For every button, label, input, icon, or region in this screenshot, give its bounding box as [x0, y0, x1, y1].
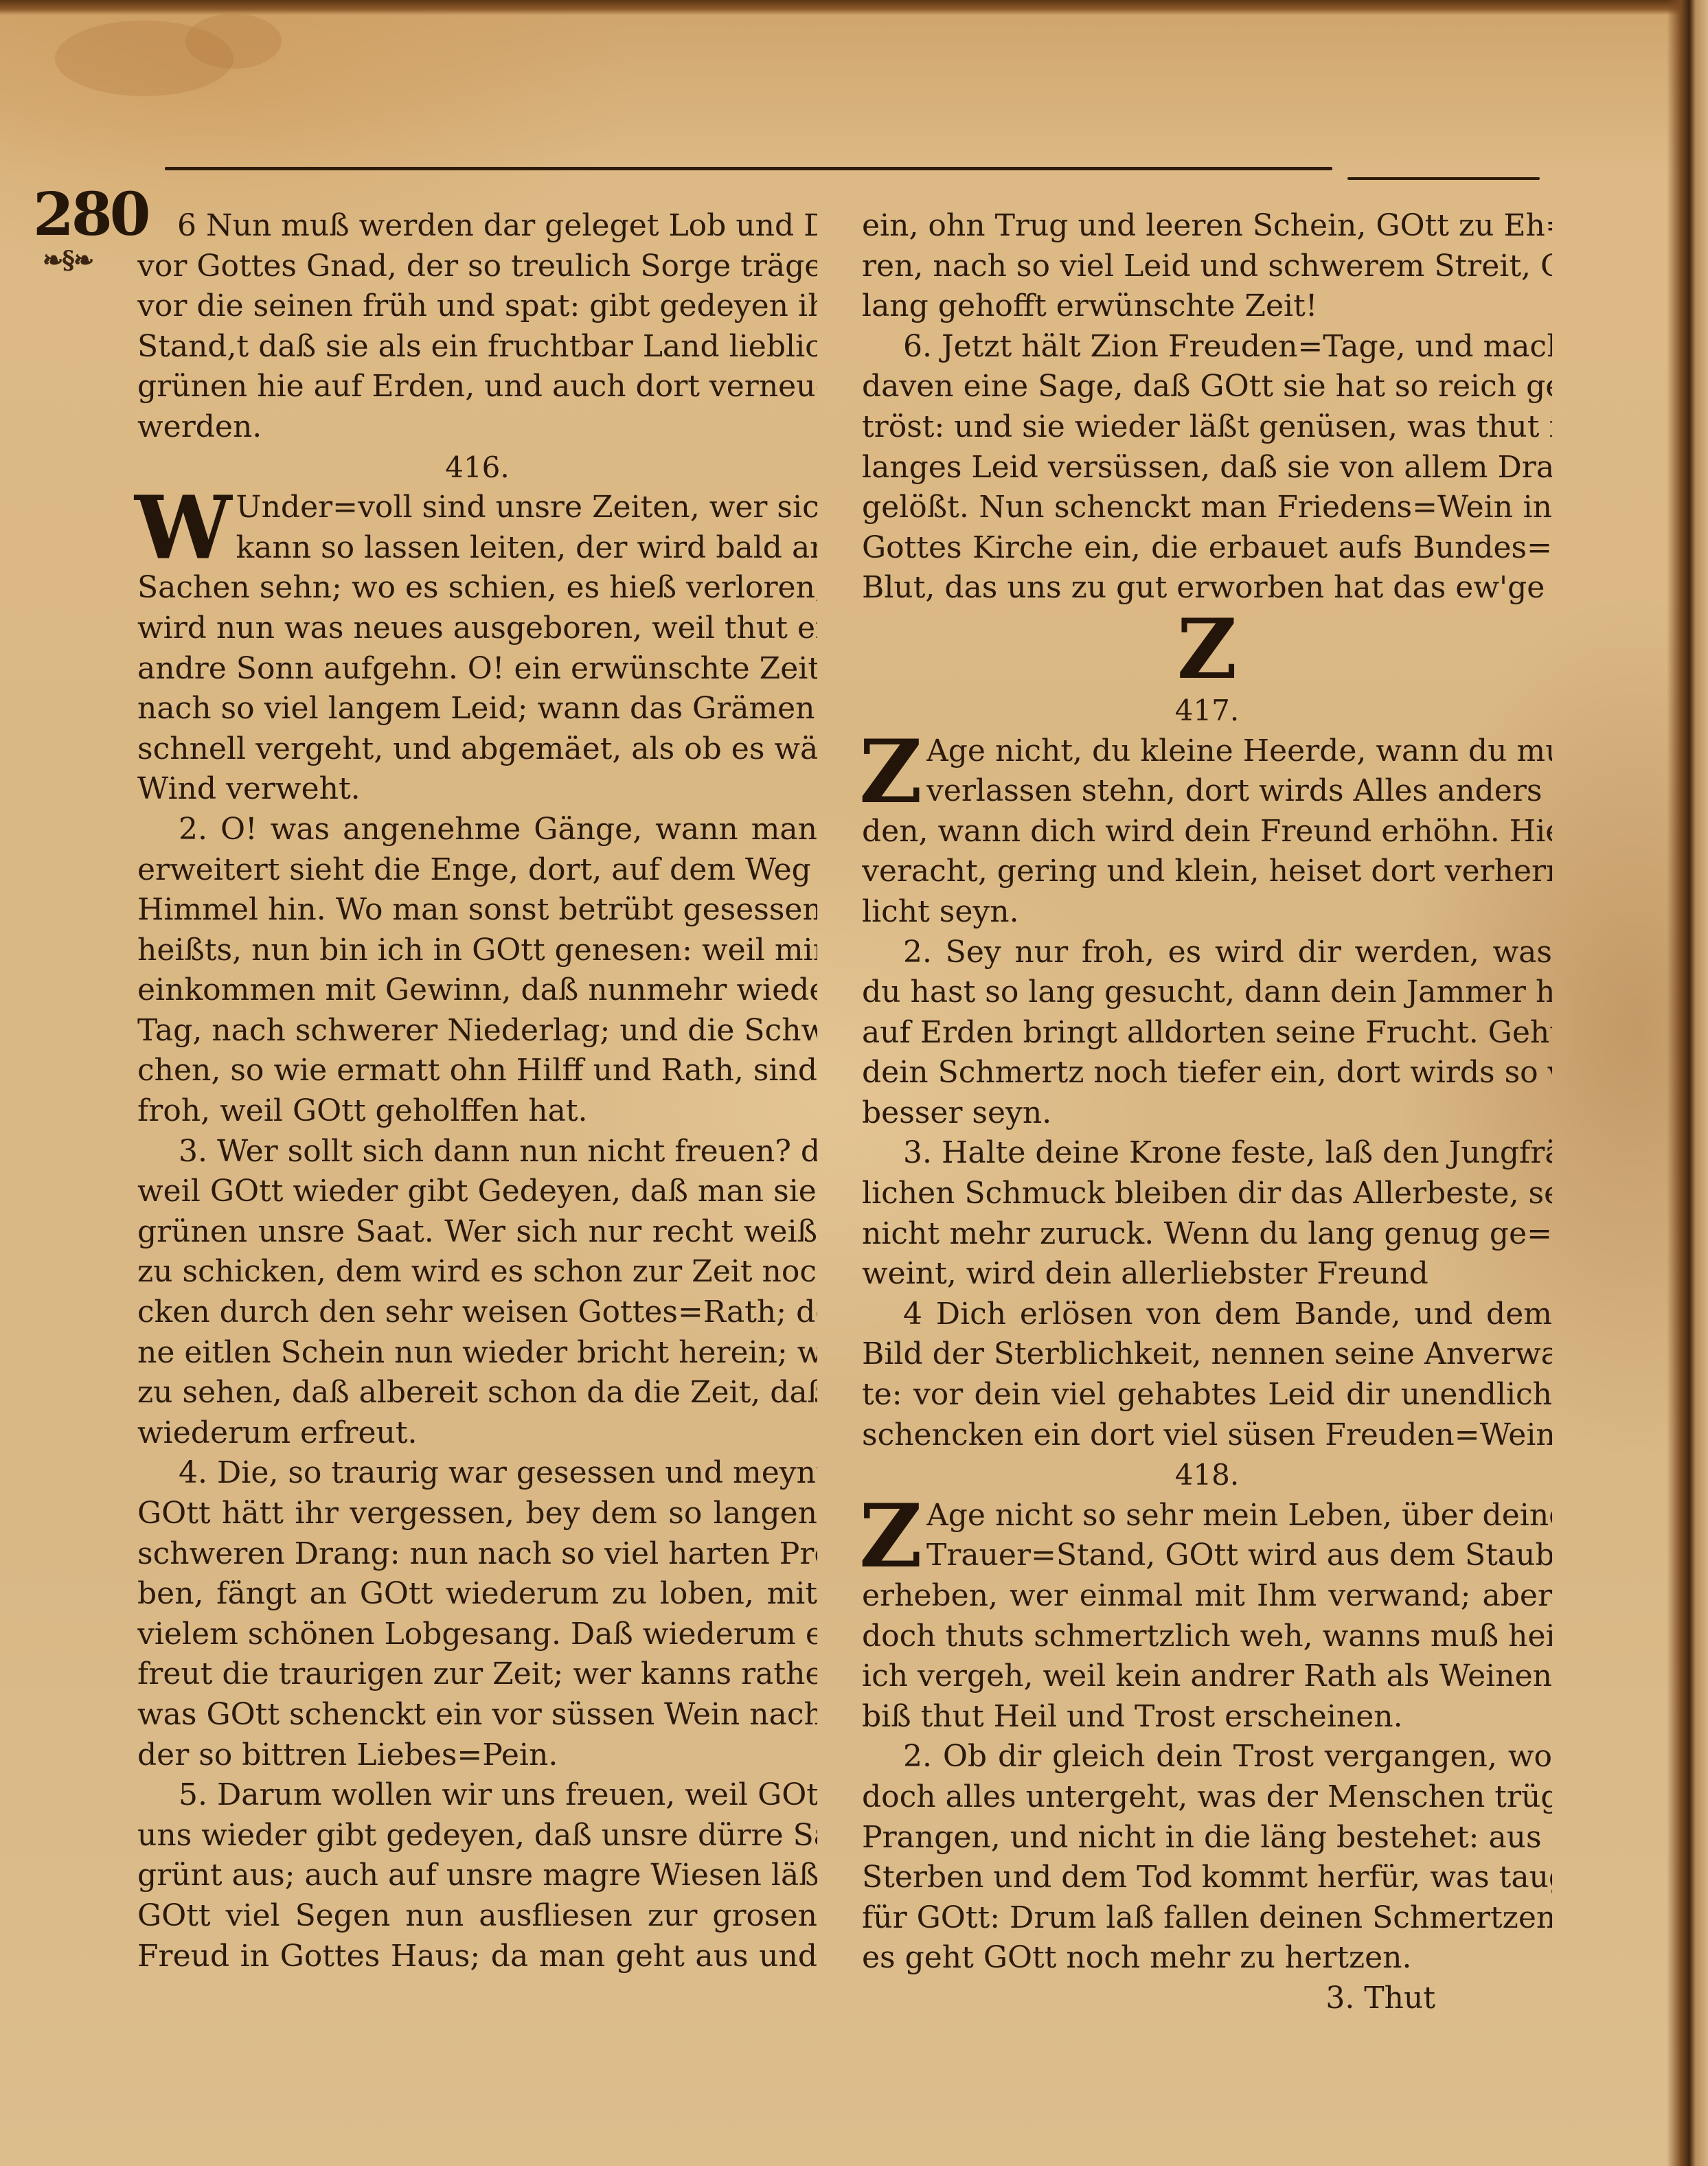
- text-line: zu sehen, daß albereit schon da die Zeit…: [137, 1373, 817, 1413]
- text-line: lang gehofft erwünschte Zeit!: [862, 286, 1552, 327]
- text-line: vor die seinen früh und spat: gibt gedey…: [137, 286, 817, 327]
- header-rule-right-segment: [1347, 177, 1540, 180]
- text-line: cken durch den sehr weisen Gottes=Rath; …: [137, 1292, 817, 1333]
- text-line: freut die traurigen zur Zeit; wer kanns …: [137, 1654, 817, 1695]
- water-stain: [185, 14, 282, 69]
- hymn-416-verse-2: 2. O! was angenehme Gänge, wann man erwe…: [137, 810, 817, 1132]
- text-line: langes Leid versüssen, daß sie von allem…: [862, 448, 1552, 488]
- text-line: grünen unsre Saat. Wer sich nur recht we…: [137, 1212, 817, 1253]
- text-line: Age nicht, du kleine Heerde, wann du mus…: [926, 731, 1552, 772]
- text-line: 6. Jetzt hält Zion Freuden=Tage, und mac…: [862, 327, 1552, 367]
- text-line: 2. Ob dir gleich dein Trost vergangen, w…: [862, 1737, 1552, 1777]
- drop-cap: Z: [859, 734, 922, 811]
- text-line: ben, fängt an GOtt wiederum zu loben, mi…: [137, 1574, 817, 1615]
- text-line: Trauer=Stand, GOtt wird aus dem Staub: [926, 1536, 1552, 1576]
- hymn-416-verse-5: 5. Darum wollen wir uns freuen, weil GOt…: [137, 1775, 817, 1976]
- hymn-418-verse-2: 2. Ob dir gleich dein Trost vergangen, w…: [862, 1737, 1552, 1979]
- drop-cap: W: [135, 490, 232, 567]
- hymn-418-verse-1: Z Age nicht so sehr mein Leben, über dei…: [862, 1496, 1552, 1737]
- catchword: 3. Thut: [862, 1979, 1552, 2019]
- text-line: Tag, nach schwerer Niederlag; und die Sc…: [137, 1011, 817, 1051]
- text-line: den, wann dich wird dein Freund erhöhn. …: [862, 812, 1552, 852]
- text-line: 6 Nun muß werden dar geleget Lob und Dan…: [137, 206, 817, 247]
- hymn-417-verse-4: 4 Dich erlösen von dem Bande, und dem Bi…: [862, 1295, 1552, 1455]
- text-line: heißts, nun bin ich in GOtt genesen: wei…: [137, 931, 817, 971]
- text-line: nach so viel langem Leid; wann das Gräme…: [137, 689, 817, 729]
- right-column: ein, ohn Trug und leeren Schein, GOtt zu…: [862, 206, 1552, 2019]
- text-line: froh, weil GOtt geholffen hat.: [137, 1091, 817, 1132]
- hymn-416-verse-4: 4. Die, so traurig war gesessen und meyn…: [137, 1453, 817, 1775]
- text-line: GOtt viel Segen nun ausfliesen zur grose…: [137, 1896, 817, 1937]
- text-line: Stand,t daß sie als ein fruchtbar Land l…: [137, 327, 817, 367]
- text-line: 2. Sey nur froh, es wird dir werden, was: [862, 933, 1552, 973]
- hymn-416-verse-1: W Under=voll sind unsre Zeiten, wer sich…: [137, 488, 817, 810]
- text-line: Age nicht so sehr mein Leben, über deine…: [926, 1496, 1552, 1536]
- printer-ornament: ❧§❧: [43, 246, 93, 275]
- drop-cap: Z: [859, 1498, 922, 1575]
- text-line: grünt aus; auch auf unsre magre Wiesen l…: [137, 1856, 817, 1896]
- text-line: ich vergeh, weil kein andrer Rath als We…: [862, 1656, 1552, 1697]
- text-line: schencken ein dort viel süsen Freuden=We…: [862, 1415, 1552, 1456]
- text-line: Wind verweht.: [137, 769, 817, 810]
- hymn-417-verse-3: 3. Halte deine Krone feste, laß den Jung…: [862, 1133, 1552, 1294]
- text-line: grünen hie auf Erden, und auch dort vern…: [137, 367, 817, 407]
- text-line: Sterben und dem Tod kommt herfür, was ta…: [862, 1858, 1552, 1898]
- text-line: 4. Die, so traurig war gesessen und meyn…: [137, 1453, 817, 1494]
- text-line: doch alles untergeht, was der Menschen t…: [862, 1777, 1552, 1818]
- text-line: andre Sonn aufgehn. O! ein erwünschte Ze…: [137, 649, 817, 689]
- text-line: biß thut Heil und Trost erscheinen.: [862, 1697, 1552, 1737]
- text-line: es geht GOtt noch mehr zu hertzen.: [862, 1938, 1552, 1979]
- text-line: veracht, gering und klein, heiset dort v…: [862, 852, 1552, 892]
- text-line: du hast so lang gesucht, dann dein Jamme…: [862, 972, 1552, 1013]
- continuation-verse: 6 Nun muß werden dar geleget Lob und Dan…: [137, 206, 817, 448]
- text-line: ne eitlen Schein nun wieder bricht herei…: [137, 1333, 817, 1373]
- text-line: erheben, wer einmal mit Ihm verwand; abe…: [862, 1576, 1552, 1617]
- text-line: te: vor dein viel gehabtes Leid dir unen…: [862, 1375, 1552, 1415]
- text-line: zu schicken, dem wird es schon zur Zeit …: [137, 1252, 817, 1292]
- book-spine-edge: [1667, 0, 1708, 2166]
- header-rule-left: [165, 167, 1332, 170]
- hymn-number-416: 416.: [137, 448, 817, 488]
- text-line: Gottes Kirche ein, die erbauet aufs Bund…: [862, 528, 1552, 569]
- text-line: wiederum erfreut.: [137, 1413, 817, 1454]
- text-line: einkommen mit Gewinn, daß nunmehr wieder: [137, 970, 817, 1011]
- text-line: ren, nach so viel Leid und schwerem Stre…: [862, 247, 1552, 287]
- text-line: vor Gottes Gnad, der so treulich Sorge t…: [137, 247, 817, 287]
- text-line: was GOtt schenckt ein vor süssen Wein na…: [137, 1695, 817, 1735]
- text-line: daven eine Sage, daß GOtt sie hat so rei…: [862, 367, 1552, 407]
- text-line: lichen Schmuck bleiben dir das Allerbest…: [862, 1174, 1552, 1214]
- text-line: kann so lassen leiten, der wird bald and…: [236, 528, 817, 569]
- text-line: schnell vergeht, und abgemäet, als ob es…: [137, 729, 817, 770]
- text-line: Sachen sehn; wo es schien, es hieß verlo…: [137, 568, 817, 608]
- text-line: Prangen, und nicht in die läng bestehet:…: [862, 1818, 1552, 1858]
- text-line: Freud in Gottes Haus; da man geht aus un…: [137, 1937, 817, 1977]
- hymn-416-verse-5-continued: ein, ohn Trug und leeren Schein, GOtt zu…: [862, 206, 1552, 327]
- hymn-416-verse-6: 6. Jetzt hält Zion Freuden=Tage, und mac…: [862, 327, 1552, 608]
- text-line: auf Erden bringt alldorten seine Frucht.…: [862, 1013, 1552, 1053]
- text-line: licht seyn.: [862, 892, 1552, 933]
- text-line: schweren Drang: nun nach so viel harten …: [137, 1534, 817, 1575]
- text-line: 2. O! was angenehme Gänge, wann man: [137, 810, 817, 850]
- text-line: weil GOtt wieder gibt Gedeyen, daß man s…: [137, 1172, 817, 1212]
- text-line: nicht mehr zuruck. Wenn du lang genug ge…: [862, 1214, 1552, 1255]
- text-line: vielem schönen Lobgesang. Daß wiederum e…: [137, 1615, 817, 1655]
- page-top-edge: [0, 0, 1708, 15]
- text-line: GOtt hätt ihr vergessen, bey dem so lang…: [137, 1494, 817, 1534]
- text-line: Himmel hin. Wo man sonst betrübt gesesse…: [137, 890, 817, 931]
- text-line: tröst: und sie wieder läßt genüsen, was …: [862, 407, 1552, 448]
- text-line: der so bittren Liebes=Pein.: [137, 1735, 817, 1776]
- page-number: 280: [33, 180, 148, 249]
- text-line: ein, ohn Trug und leeren Schein, GOtt zu…: [862, 206, 1552, 247]
- hymn-417-verse-2: 2. Sey nur froh, es wird dir werden, was…: [862, 933, 1552, 1134]
- text-line: 4 Dich erlösen von dem Bande, und dem: [862, 1295, 1552, 1335]
- text-line: doch thuts schmertzlich weh, wanns muß h…: [862, 1617, 1552, 1657]
- text-line: verlassen stehn, dort wirds Alles anders…: [926, 771, 1552, 812]
- text-line: besser seyn.: [862, 1093, 1552, 1134]
- text-line: wird nun was neues ausgeboren, weil thut…: [137, 608, 817, 649]
- text-line: 3. Wer sollt sich dann nun nicht freuen?…: [137, 1132, 817, 1172]
- section-letter: Z: [862, 608, 1552, 691]
- hymn-417-verse-1: Z Age nicht, du kleine Heerde, wann du m…: [862, 731, 1552, 933]
- text-line: gelößt. Nun schenckt man Friedens=Wein i…: [862, 488, 1552, 528]
- text-line: Bild der Sterblichkeit, nennen seine Anv…: [862, 1334, 1552, 1375]
- text-line: werden.: [137, 407, 817, 448]
- hymn-number-418: 418.: [862, 1455, 1552, 1496]
- text-line: uns wieder gibt gedeyen, daß unsre dürre…: [137, 1816, 817, 1856]
- hymn-416-verse-3: 3. Wer sollt sich dann nun nicht freuen?…: [137, 1132, 817, 1454]
- hymn-number-417: 417.: [862, 691, 1552, 731]
- text-line: erweitert sieht die Enge, dort, auf dem …: [137, 850, 817, 891]
- text-line: chen, so wie ermatt ohn Hilff und Rath, …: [137, 1051, 817, 1091]
- text-line: dein Schmertz noch tiefer ein, dort wird…: [862, 1053, 1552, 1093]
- text-line: für GOtt: Drum laß fallen deinen Schmert…: [862, 1898, 1552, 1939]
- text-line: 3. Halte deine Krone feste, laß den Jung…: [862, 1133, 1552, 1174]
- text-line: 5. Darum wollen wir uns freuen, weil GOt…: [137, 1775, 817, 1816]
- text-line: weint, wird dein allerliebster Freund: [862, 1254, 1552, 1295]
- text-line: Under=voll sind unsre Zeiten, wer sich n…: [236, 488, 817, 528]
- left-column: 6 Nun muß werden dar geleget Lob und Dan…: [137, 206, 817, 1976]
